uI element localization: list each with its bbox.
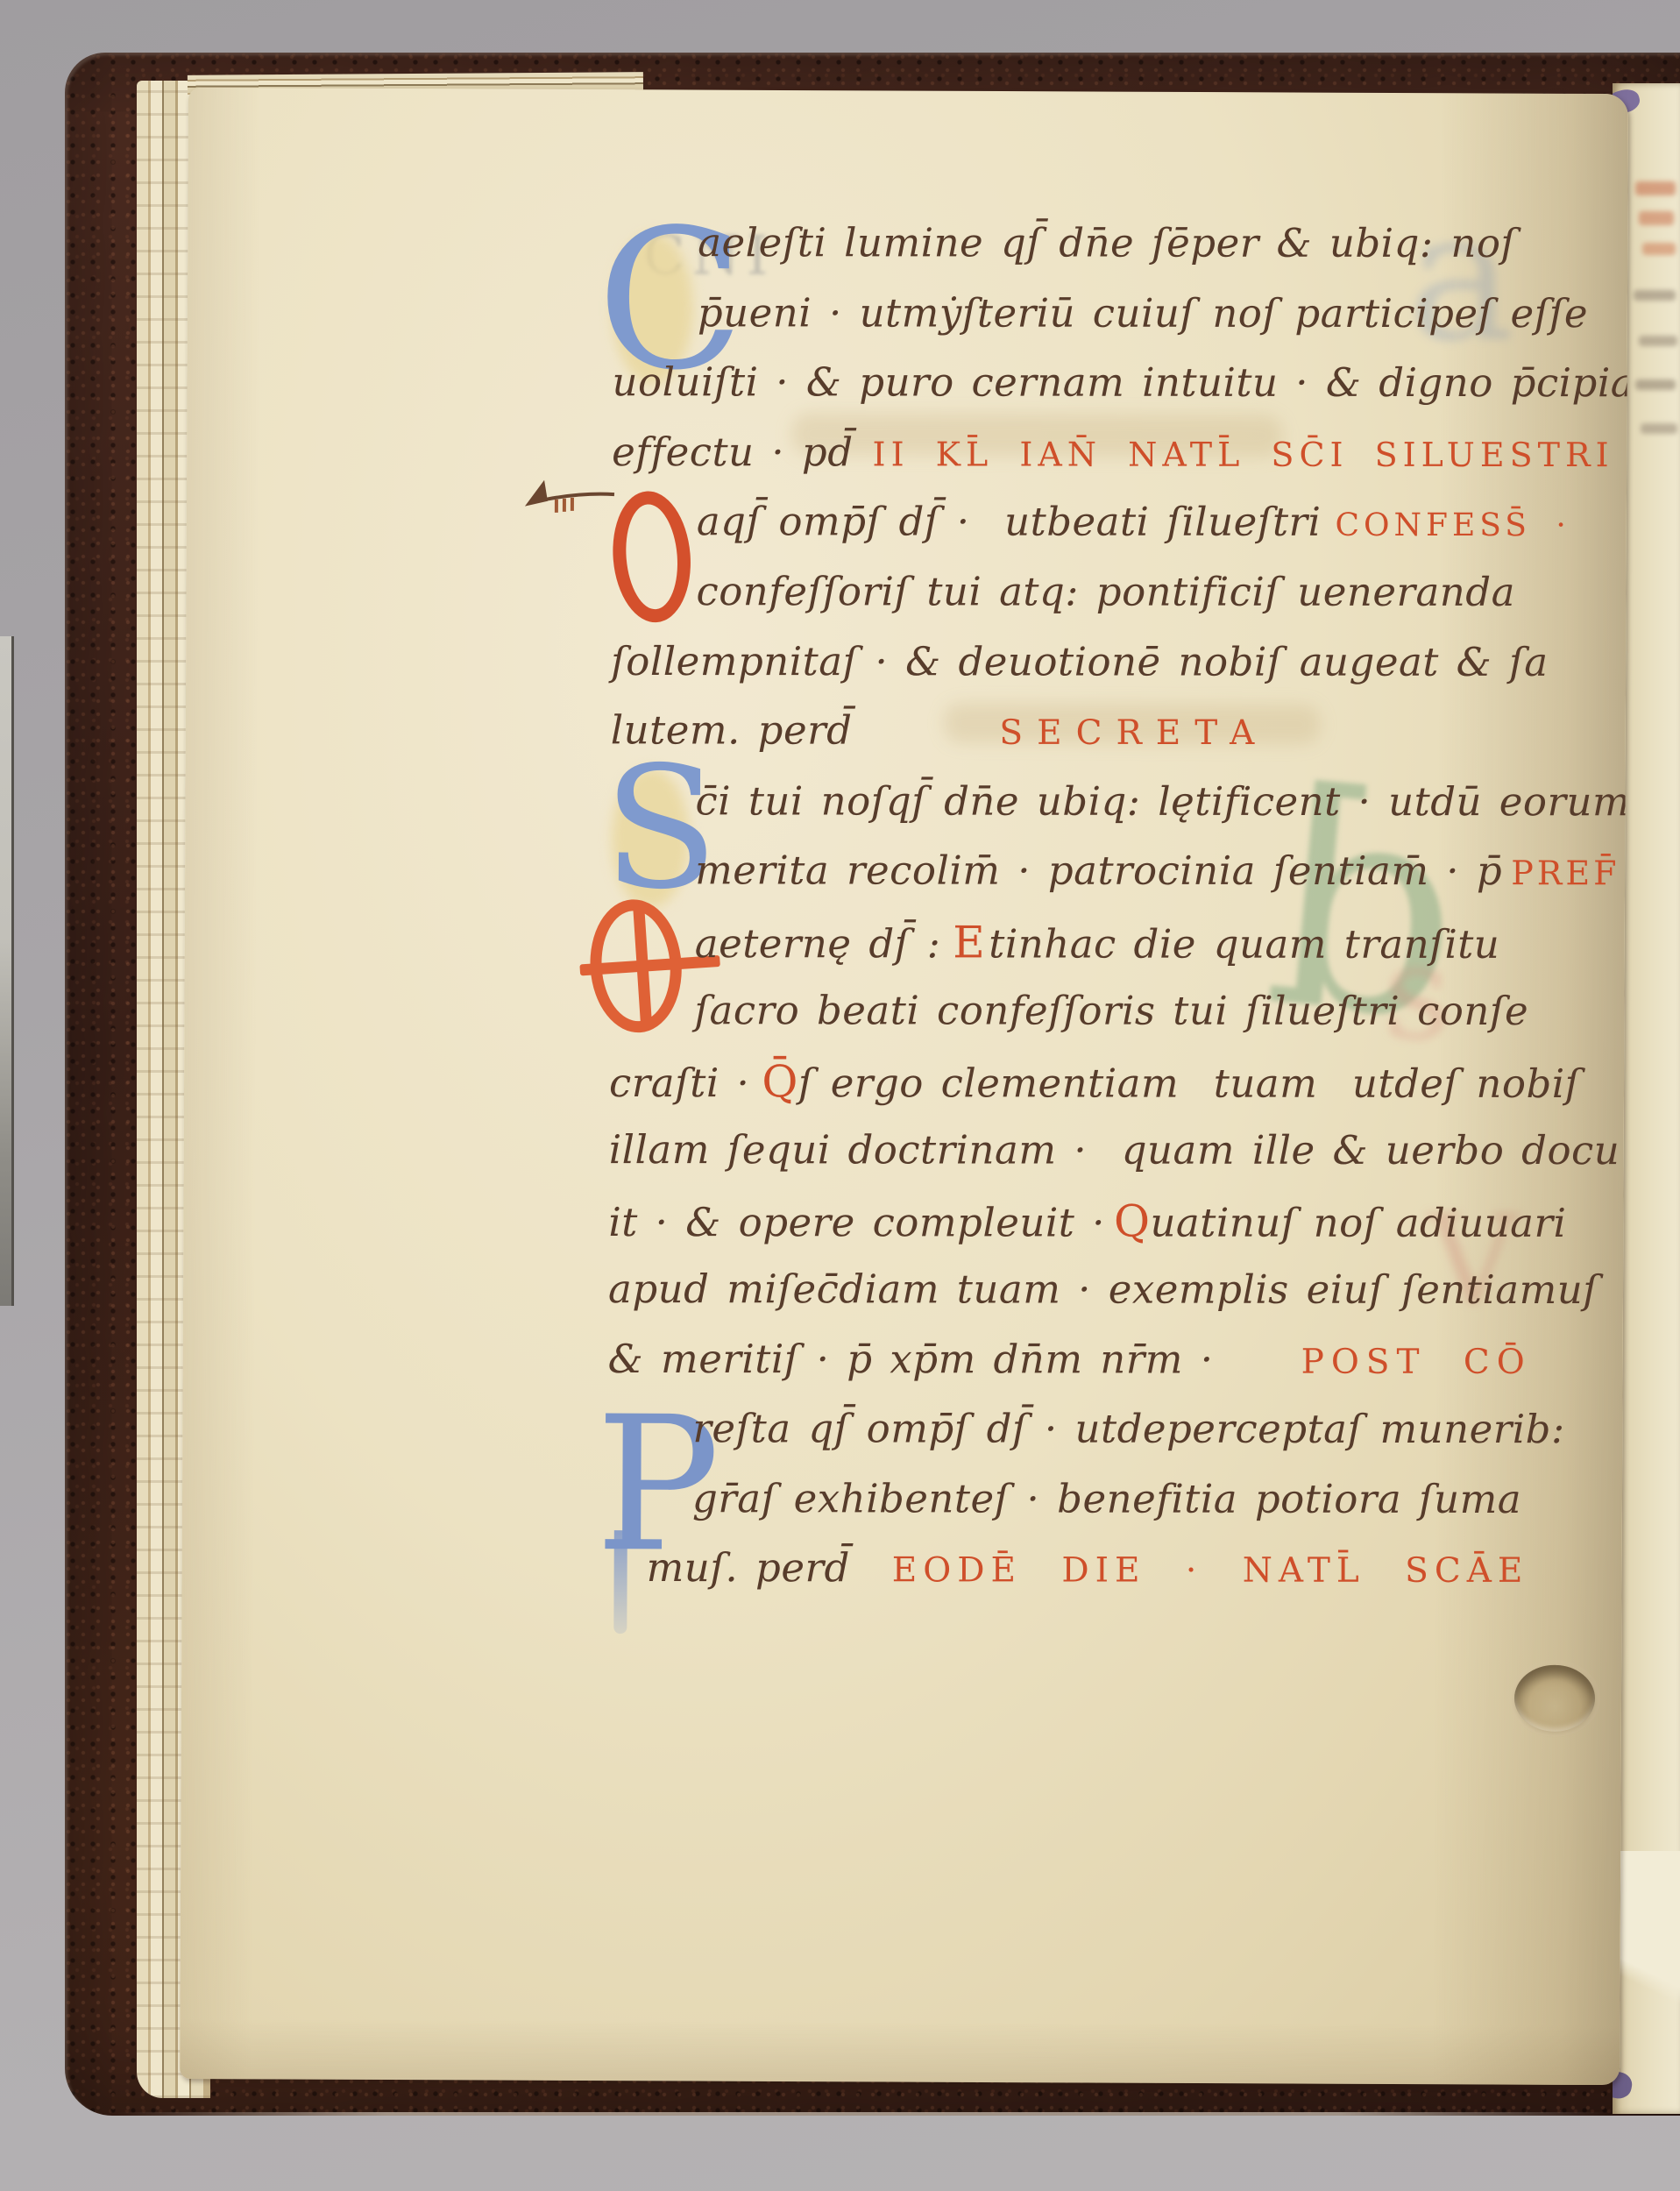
- body-text: ſ ergo clementiam tuam utdeſ nobiſ: [798, 1060, 1580, 1107]
- decorated-initial-VD: [586, 897, 686, 1035]
- text-line: c̄i tui noſqſ̄ dn̄e ubiq: lętificent · u…: [695, 781, 1628, 821]
- text-line: confeſſoriſ tui atq: pontificiſ uenerand…: [696, 571, 1514, 612]
- body-text: aqſ̄ omp̄ſ dſ̄ · utbeati ſilueſtri: [697, 499, 1322, 546]
- text-line: apud miſec̄diam tuam · exemplis eiuſ ſen…: [608, 1269, 1598, 1309]
- text-line: illam ſequi doctrinam · quam ille & uerb…: [609, 1130, 1620, 1170]
- body-text: c̄i tui noſqſ̄ dn̄e ubiq: lętificent · u…: [695, 777, 1628, 825]
- body-text: illam ſequi doctrinam · quam ille & uerb…: [609, 1126, 1620, 1173]
- body-text: lutem. perd̄: [611, 707, 853, 754]
- rubric-text: Q̄: [762, 1056, 798, 1107]
- manuscript-page: CNIadsV CSP aeleſti lumine qſ̄ dn̄e ſēpe…: [180, 88, 1628, 2085]
- showthrough-glyph: a: [1407, 188, 1515, 368]
- rubric-text: II KL̄ IAN̄ NATL̄ SC̄I SILUESTRI: [873, 435, 1614, 474]
- text-line: aeternę dſ̄ :Etinhac die quam tranſitu: [695, 920, 1500, 965]
- body-text: reſta qſ̄ omp̄ſ dſ̄ · utdeperceptaſ mune…: [692, 1405, 1564, 1452]
- showthrough-rubric: [1642, 243, 1676, 255]
- text-line: it · & opere compleuit ·Quatinuſ noſ adi…: [608, 1199, 1566, 1244]
- text-line: uoluiſti · & puro cernam intuitu · & dig…: [613, 362, 1628, 402]
- body-text: aeternę dſ̄ :: [695, 920, 941, 967]
- body-text: confeſſoriſ tui atq: pontificiſ uenerand…: [696, 568, 1514, 615]
- body-text: p̄ueni · utmẏſteriū cuiuſ noſ participeſ…: [698, 289, 1588, 337]
- text-line: muſ. perd̄EODĒ DIE · NATL̄ SCĀE: [647, 1548, 1529, 1588]
- text-line: craſti ·Q̄ſ ergo clementiam tuam utdeſ n…: [609, 1060, 1580, 1104]
- text-line: ſacro beati confeſſoris tui ſilueſtri co…: [694, 990, 1528, 1031]
- photo-backdrop: CNIadsV CSP aeleſti lumine qſ̄ dn̄e ſēpe…: [0, 0, 1680, 2191]
- body-text: gr̄aſ exhibenteſ · benefitia potiora ſum…: [692, 1475, 1521, 1522]
- text-line: p̄ueni · utmẏſteriū cuiuſ noſ participeſ…: [698, 293, 1588, 333]
- showthrough-rubric: [1635, 181, 1676, 195]
- text-line: reſta qſ̄ omp̄ſ dſ̄ · utdeperceptaſ mune…: [692, 1408, 1564, 1449]
- body-text: apud miſec̄diam tuam · exemplis eiuſ ſen…: [608, 1266, 1598, 1313]
- body-text: aeleſti lumine qſ̄ dn̄e ſēper & ubiq: no…: [698, 219, 1515, 266]
- body-text: merita recolim̄ · patrocinia ſentiam̄ · …: [695, 847, 1502, 895]
- body-text: ſollempnitaſ · & deuotionē nobiſ augeat …: [611, 638, 1548, 685]
- showthrough-rubric: [1639, 211, 1674, 225]
- decorated-initial-D: [608, 488, 696, 626]
- showthrough-textline: [1635, 379, 1676, 390]
- text-line: gr̄aſ exhibenteſ · benefitia potiora ſum…: [692, 1478, 1521, 1519]
- body-text: tinhac die quam tranſitu: [989, 920, 1499, 968]
- body-text: it · & opere compleuit ·: [608, 1199, 1105, 1245]
- parchment-hole: [1514, 1665, 1595, 1732]
- body-text: muſ. perd̄: [647, 1544, 850, 1591]
- text-line: merita recolim̄ · patrocinia ſentiam̄ · …: [695, 851, 1620, 891]
- rubric-text: E: [953, 917, 985, 968]
- rubric-text: CONFESS̄ ·: [1335, 507, 1570, 543]
- background-object: [0, 636, 14, 1306]
- body-text: craſti ·: [609, 1060, 749, 1106]
- initial-ring: [608, 488, 696, 626]
- showthrough-textline: [1639, 336, 1677, 346]
- showthrough-textline: [1634, 290, 1676, 301]
- body-text: & meritiſ · p̄ xp̄m dn̄m nr̄m ·: [608, 1336, 1214, 1383]
- text-line: ſollempnitaſ · & deuotionē nobiſ augeat …: [611, 642, 1548, 682]
- text-line: aeleſti lumine qſ̄ dn̄e ſēper & ubiq: no…: [698, 223, 1515, 263]
- rubric-text: PREF̄: [1511, 854, 1620, 893]
- showthrough-textline: [1641, 423, 1677, 434]
- body-text: effectu · pd̄: [612, 429, 853, 475]
- rubric-text: SECRETA: [999, 713, 1268, 753]
- rubric-text: Q: [1114, 1196, 1151, 1247]
- text-line: & meritiſ · p̄ xp̄m dn̄m nr̄m ·POST CŌ: [608, 1339, 1532, 1379]
- body-text: uatinuſ noſ adiuuari: [1150, 1200, 1566, 1246]
- text-line: lutem. perd̄SECRETA: [611, 711, 1269, 751]
- body-text: uoluiſti · & puro cernam intuitu · & dig…: [613, 358, 1628, 406]
- body-text: ſacro beati confeſſoris tui ſilueſtri co…: [694, 987, 1528, 1034]
- rubric-text: POST CŌ: [1301, 1342, 1532, 1381]
- text-line: effectu · pd̄II KL̄ IAN̄ NATL̄ SC̄I SILU…: [612, 432, 1613, 472]
- rubric-text: EODĒ DIE · NATL̄ SCĀE: [892, 1551, 1529, 1592]
- text-line: aqſ̄ omp̄ſ dſ̄ · utbeati ſilueſtriCONFES…: [697, 502, 1570, 542]
